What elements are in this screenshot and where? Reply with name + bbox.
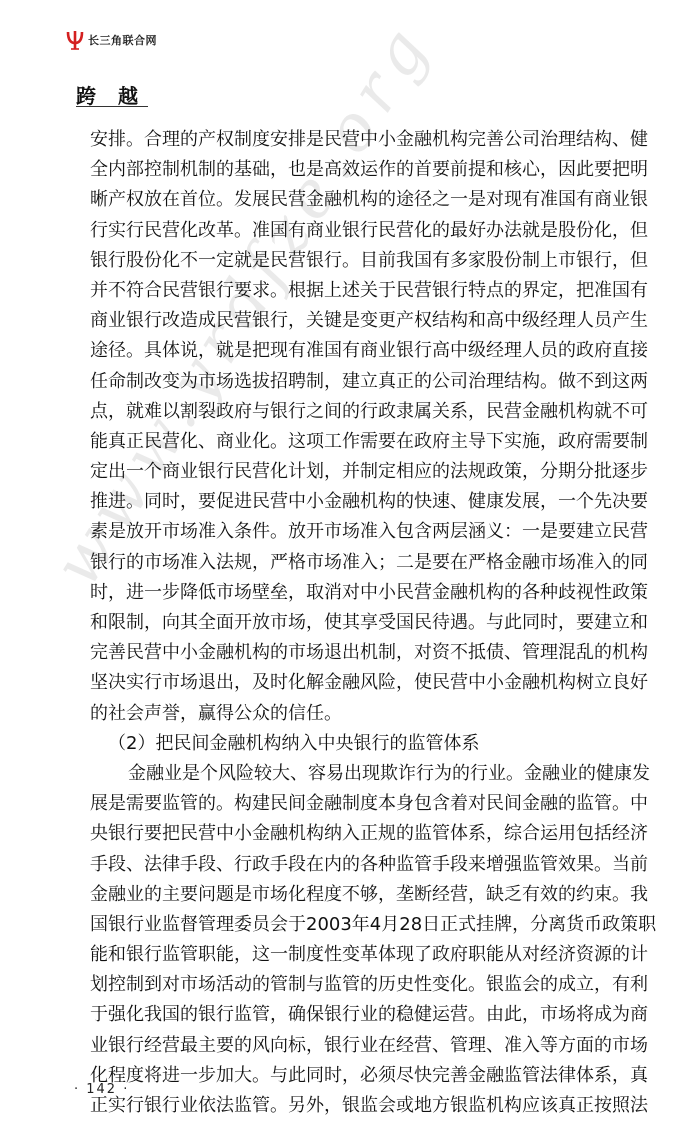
text-line: 金融业是个风险较大、容易出现欺诈行为的行业。金融业的健康发: [90, 759, 648, 789]
text-line: 展是需要监管的。构建民间金融制度本身包含着对民间金融的监管。中: [90, 789, 648, 819]
text-line: 和限制，向其全面开放市场，使其享受国民待遇。与此同时，要建立和: [90, 608, 648, 638]
text-line: 的社会声誉，赢得公众的信任。: [90, 699, 648, 729]
chapter-title: 跨越: [76, 80, 160, 109]
text-line: 正实行银行业依法监管。另外，银监会或地方银监机构应该真正按照法: [90, 1091, 648, 1121]
text-line: 坚决实行市场退出，及时化解金融风险，使民营中小金融机构树立良好: [90, 668, 648, 698]
text-line: 途径。具体说，就是把现有准国有商业银行高中级经理人员的政府直接: [90, 336, 648, 366]
body-text: 安排。合理的产权制度安排是民营中小金融机构完善公司治理结构、健 全内部控制机制的…: [90, 125, 648, 1121]
text-line: 全内部控制机制的基础，也是高效运作的首要前提和核心，因此要把明: [90, 155, 648, 185]
psi-logo-icon: [66, 30, 84, 50]
text-line: 并不符合民营银行要求。根据上述关于民营银行特点的界定，把准国有: [90, 276, 648, 306]
text-line: 央银行要把民营中小金融机构纳入正规的监管体系，综合运用包括经济: [90, 819, 648, 849]
text-line: 商业银行改造成民营银行，关键是变更产权结构和高中级经理人员产生: [90, 306, 648, 336]
chapter-title-underline: [76, 106, 148, 107]
text-line: 手段、法律手段、行政手段在内的各种监管手段来增强监管效果。当前: [90, 850, 648, 880]
text-line: 能和银行监管职能，这一制度性变革体现了政府职能从对经济资源的计: [90, 940, 648, 970]
text-line: 划控制到对市场活动的管制与监管的历史性变化。银监会的成立，有利: [90, 970, 648, 1000]
text-line: 安排。合理的产权制度安排是民营中小金融机构完善公司治理结构、健: [90, 125, 648, 155]
text-line: 推进。同时，要促进民营中小金融机构的快速、健康发展，一个先决要: [90, 487, 648, 517]
text-line: 于强化我国的银行监管，确保银行业的稳健运营。由此，市场将成为商: [90, 1000, 648, 1030]
text-line: 素是放开市场准入条件。放开市场准入包含两层涵义：一是要建立民营: [90, 517, 648, 547]
text-line: 化程度将进一步加大。与此同时，必须尽快完善金融监管法律体系，真: [90, 1061, 648, 1091]
text-line: 能真正民营化、商业化。这项工作需要在政府主导下实施，政府需要制: [90, 427, 648, 457]
section-heading: （2）把民间金融机构纳入中央银行的监管体系: [90, 729, 648, 759]
text-line: 银行股份化不一定就是民营银行。目前我国有多家股份制上市银行，但: [90, 246, 648, 276]
text-line: 行实行民营化改革。准国有商业银行民营化的最好办法就是股份化，但: [90, 216, 648, 246]
text-line: 点，就难以割裂政府与银行之间的行政隶属关系，民营金融机构就不可: [90, 397, 648, 427]
text-line: 金融业的主要问题是市场化程度不够，垄断经营，缺乏有效的约束。我: [90, 880, 648, 910]
text-line: 业银行经营最主要的风向标，银行业在经营、管理、准入等方面的市场: [90, 1031, 648, 1061]
page-number: · 142 ·: [74, 1082, 129, 1097]
logo-text: 长三角联合网: [88, 32, 157, 48]
text-line: 完善民营中小金融机构的市场退出机制，对资不抵债、管理混乱的机构: [90, 638, 648, 668]
site-logo: 长三角联合网: [66, 30, 157, 50]
text-line: 晰产权放在首位。发展民营金融机构的途径之一是对现有准国有商业银: [90, 185, 648, 215]
text-line: 国银行业监督管理委员会于2003年4月28日正式挂牌，分离货币政策职: [90, 910, 648, 940]
text-line: 银行的市场准入法规，严格市场准入；二是要在严格金融市场准入的同: [90, 548, 648, 578]
text-line: 任命制改变为市场选拔招聘制，建立真正的公司治理结构。做不到这两: [90, 367, 648, 397]
text-line: 时，进一步降低市场壁垒，取消对中小民营金融机构的各种歧视性政策: [90, 578, 648, 608]
text-line: 定出一个商业银行民营化计划，并制定相应的法规政策，分期分批逐步: [90, 457, 648, 487]
